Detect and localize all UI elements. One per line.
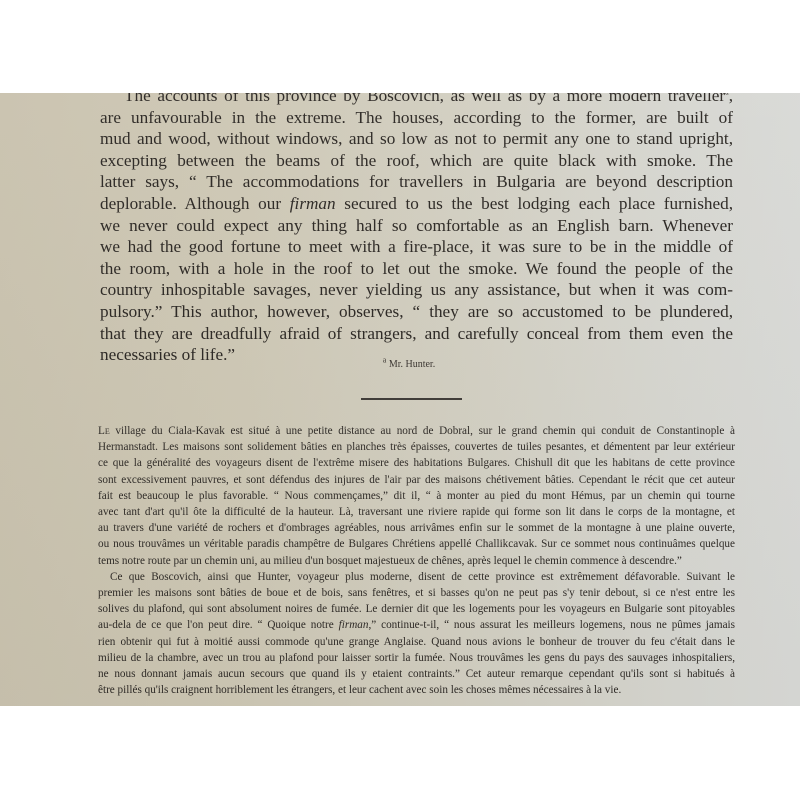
photo-background: The accounts of this province by Boscovi… <box>0 0 800 800</box>
french-line: ce que la généralité des voyageurs disen… <box>98 455 735 471</box>
italic-firman: firman <box>290 194 336 213</box>
french-line: au travers d'une variété de rochers et d… <box>98 520 735 536</box>
french-line: sont excessivement pauvres, et sont défe… <box>98 472 735 488</box>
french-line: au-dela de ce que l'on peut dire. “ Quoi… <box>98 617 735 633</box>
book-page: The accounts of this province by Boscovi… <box>0 93 800 706</box>
english-line: pulsory.” This author, however, observes… <box>100 301 733 323</box>
footnote-text: Mr. Hunter. <box>386 359 435 370</box>
french-line: milieu de la chambre, avec un trou au pl… <box>98 650 735 666</box>
french-line: fait est beaucoup le plus favorable. “ N… <box>98 488 735 504</box>
english-line: mud and wood, without windows, and so lo… <box>100 128 733 150</box>
french-line: rien obtenir qui fut à moitié aussi comm… <box>98 634 735 650</box>
english-paragraph: The accounts of this province by Boscovi… <box>100 93 733 107</box>
french-line: Le village du Ciala-Kavak est situé à un… <box>98 423 735 439</box>
french-line: premier les maisons sont bâties de boue … <box>98 585 735 601</box>
french-line: ou nous trouvâmes un véritable paradis c… <box>98 536 735 552</box>
english-line: the room, with a hole in the roof to let… <box>100 258 733 280</box>
french-line: Ce que Boscovich, ainsi que Hunter, voya… <box>98 569 735 585</box>
english-text-block: The accounts of this province by Boscovi… <box>100 93 733 366</box>
english-line: deplorable. Although our firman secured … <box>100 193 733 215</box>
drop-word: Le <box>98 425 110 437</box>
footnote: a Mr. Hunter. <box>0 359 800 370</box>
english-line: excepting between the beams of the roof,… <box>100 150 733 172</box>
english-line: are unfavourable in the extreme. The hou… <box>100 107 733 129</box>
english-line: that they are dreadfully afraid of stran… <box>100 323 733 345</box>
french-line: Hermanstadt. Les maisons sont solidement… <box>98 439 735 455</box>
section-divider-rule <box>361 398 462 400</box>
french-line: solives du plafond, qui sont absolument … <box>98 601 735 617</box>
french-line: ne nous donnant jamais aucun secours que… <box>98 666 735 682</box>
french-line: tems notre route par un chemin uni, au m… <box>98 553 735 569</box>
english-line: The accounts of this province by Boscovi… <box>100 93 733 107</box>
english-line: country inhospitable savages, never yiel… <box>100 279 733 301</box>
english-line: latter says, “ The accommodations for tr… <box>100 171 733 193</box>
french-line: avec tant d'art qu'il ôte la difficulté … <box>98 504 735 520</box>
french-text-block: Le village du Ciala-Kavak est situé à un… <box>98 423 735 698</box>
french-line: être pillés qu'ils craignent horriblemen… <box>98 682 735 698</box>
english-line: we had the good fortune to meet with a f… <box>100 236 733 258</box>
italic-firman: firman <box>339 619 369 631</box>
english-line: we never could expect any thing half so … <box>100 215 733 237</box>
